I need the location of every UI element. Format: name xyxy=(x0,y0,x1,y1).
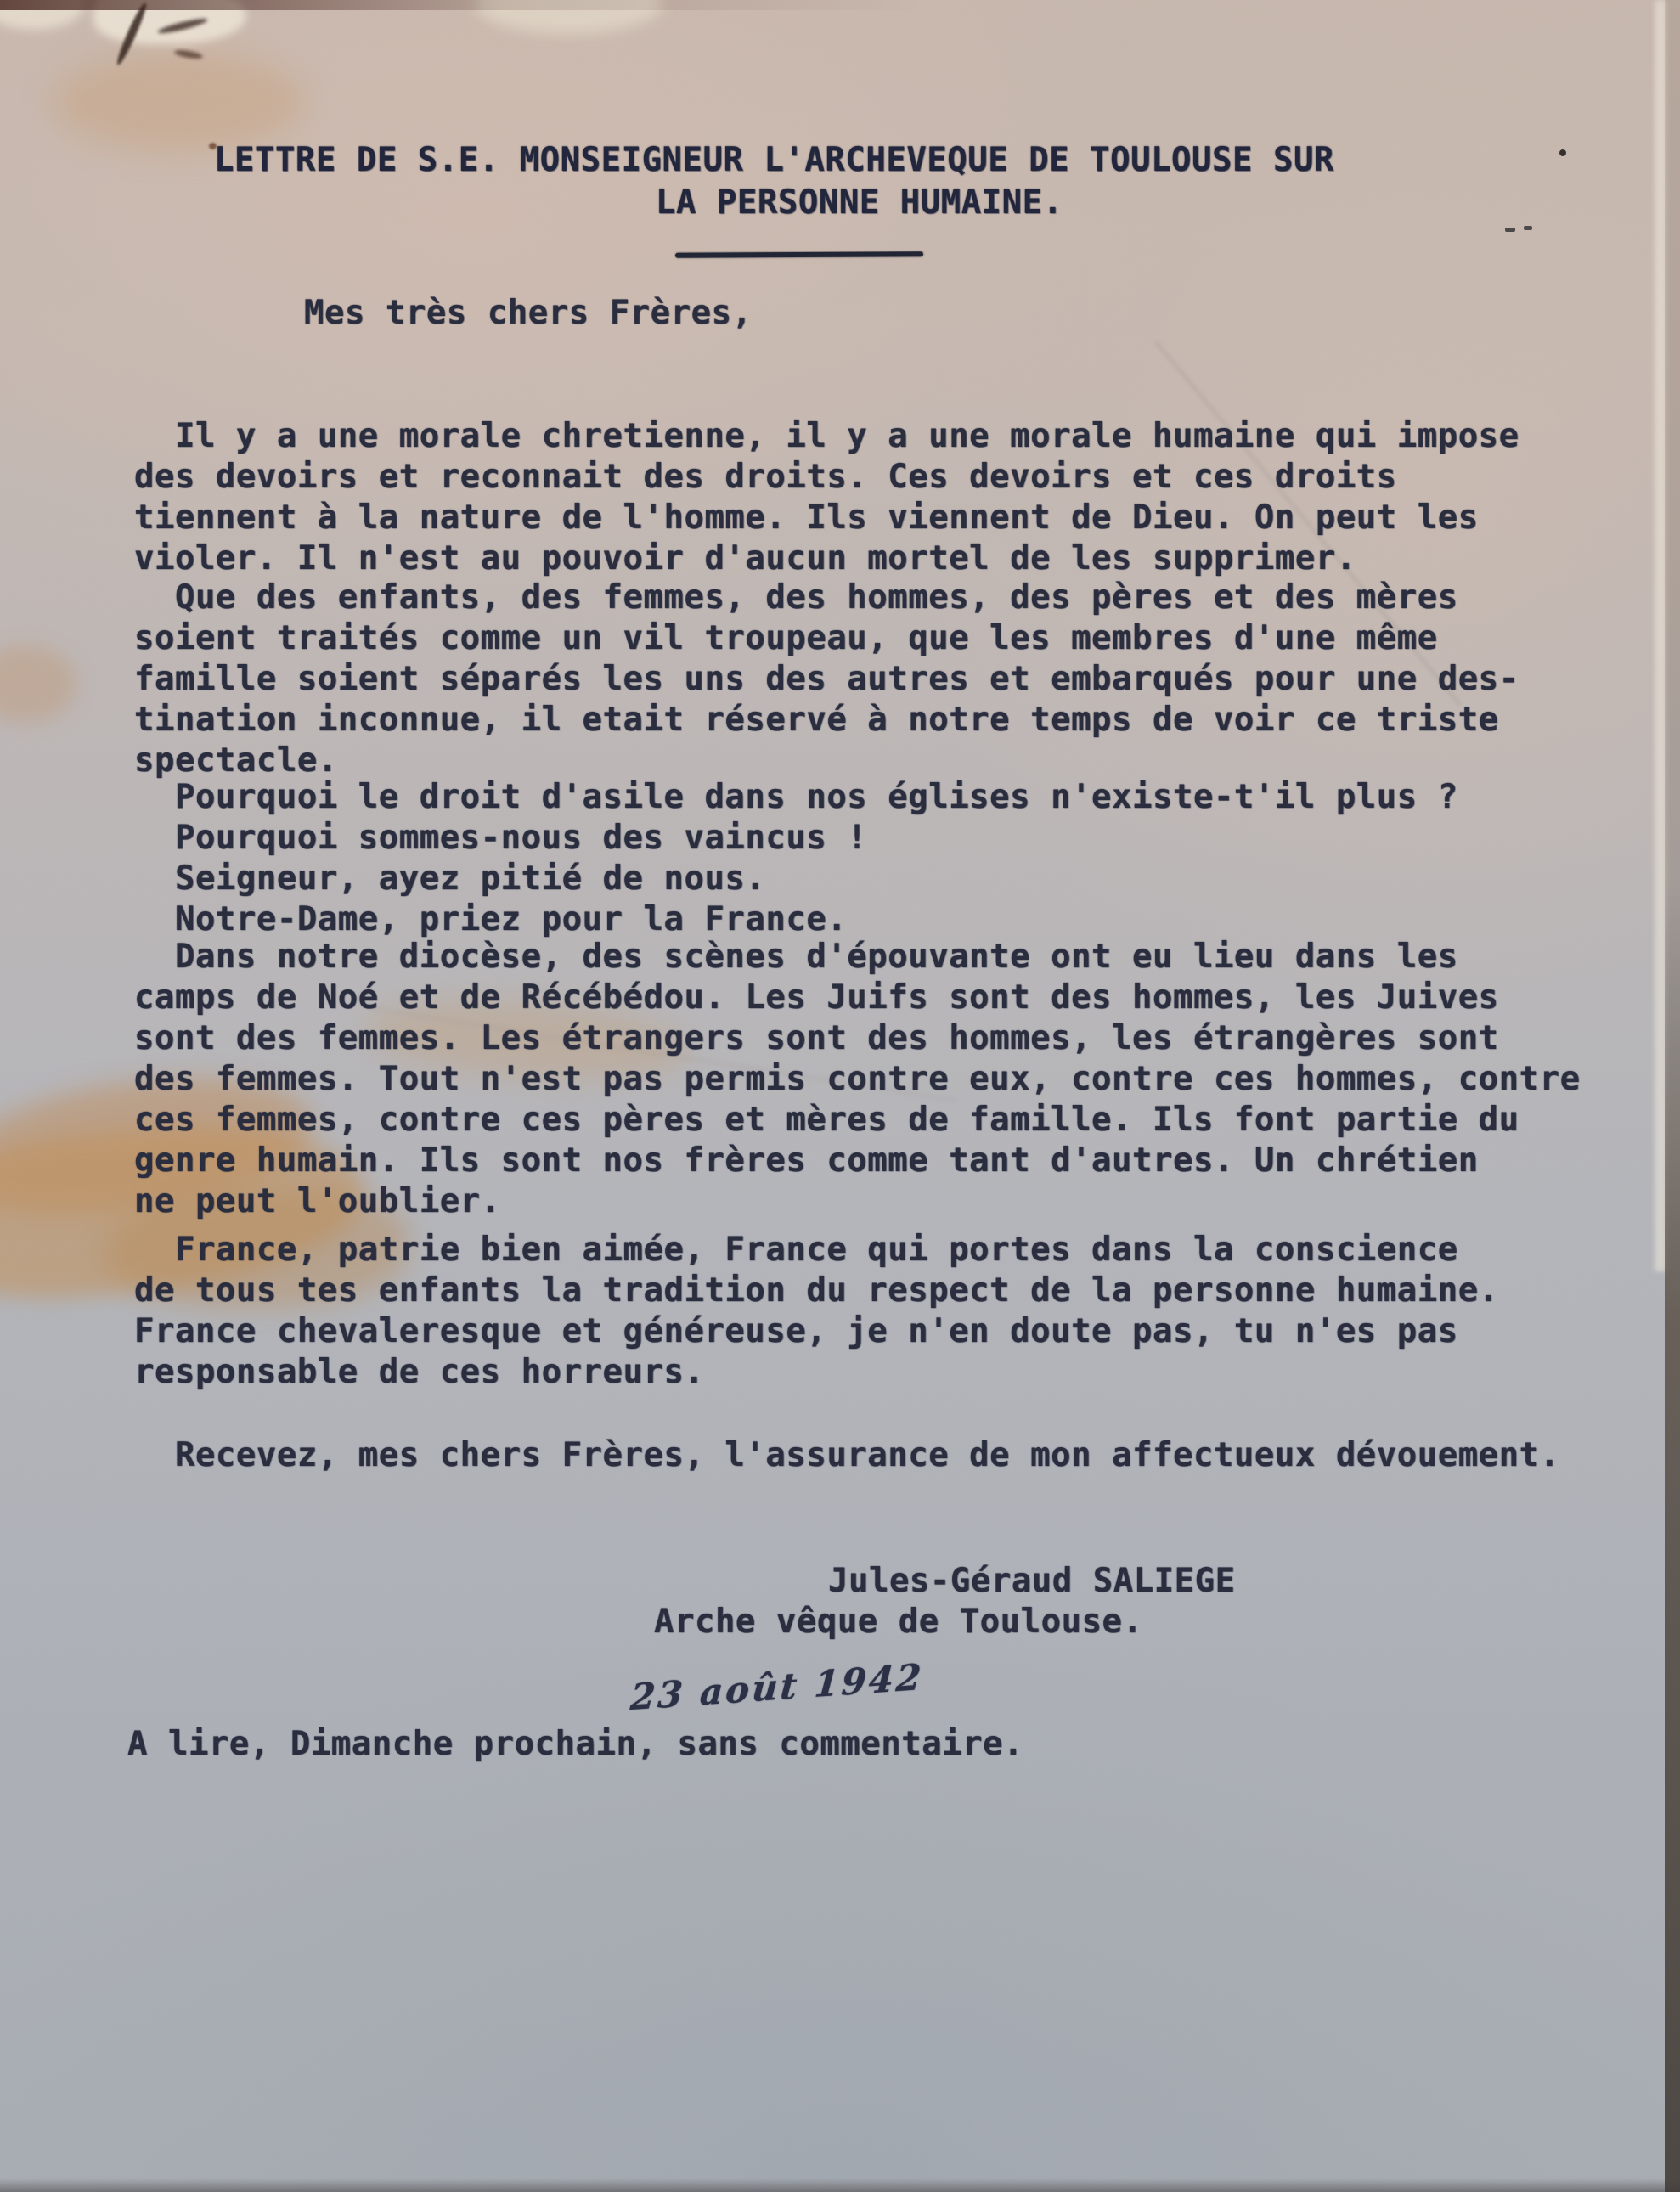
signature-name: Jules-Géraud SALIEGE xyxy=(828,1561,1236,1602)
paragraph-france: France, patrie bien aimée, France qui po… xyxy=(134,1230,1499,1393)
signature-title: Arche vêque de Toulouse. xyxy=(654,1602,1143,1643)
photo-right-edge xyxy=(1665,0,1680,2192)
letter-photograph: LETTRE DE S.E. MONSEIGNEUR L'ARCHEVEQUE … xyxy=(0,0,1680,2192)
letter-title-line2: LA PERSONNE HUMAINE. xyxy=(656,183,1063,223)
paper-stain xyxy=(0,645,76,722)
paper-stain xyxy=(51,51,306,153)
paragraph-troupeau: Que des enfants, des femmes, des hommes,… xyxy=(134,578,1519,781)
letter-title-line1: LETTRE DE S.E. MONSEIGNEUR L'ARCHEVEQUE … xyxy=(214,140,1334,181)
paragraph-morale: Il y a une morale chretienne, il y a une… xyxy=(134,416,1519,579)
photo-top-edge xyxy=(0,0,1680,10)
photo-bottom-edge xyxy=(0,2178,1680,2192)
paragraph-diocese: Dans notre diocèse, des scènes d'épouvan… xyxy=(134,937,1581,1222)
paragraph-invocations: Pourquoi le droit d'asile dans nos églis… xyxy=(134,777,1458,940)
closing-line: Recevez, mes chers Frères, l'assurance d… xyxy=(134,1435,1560,1476)
salutation: Mes très chers Frères, xyxy=(304,293,753,334)
title-underline xyxy=(675,251,923,258)
ink-speck xyxy=(1505,228,1515,232)
footer-note: A lire, Dimanche prochain, sans commenta… xyxy=(127,1724,1023,1765)
ink-speck xyxy=(1559,149,1566,156)
handwritten-date: 23 août 1942 xyxy=(629,1656,925,1718)
ink-speck xyxy=(1524,226,1532,230)
